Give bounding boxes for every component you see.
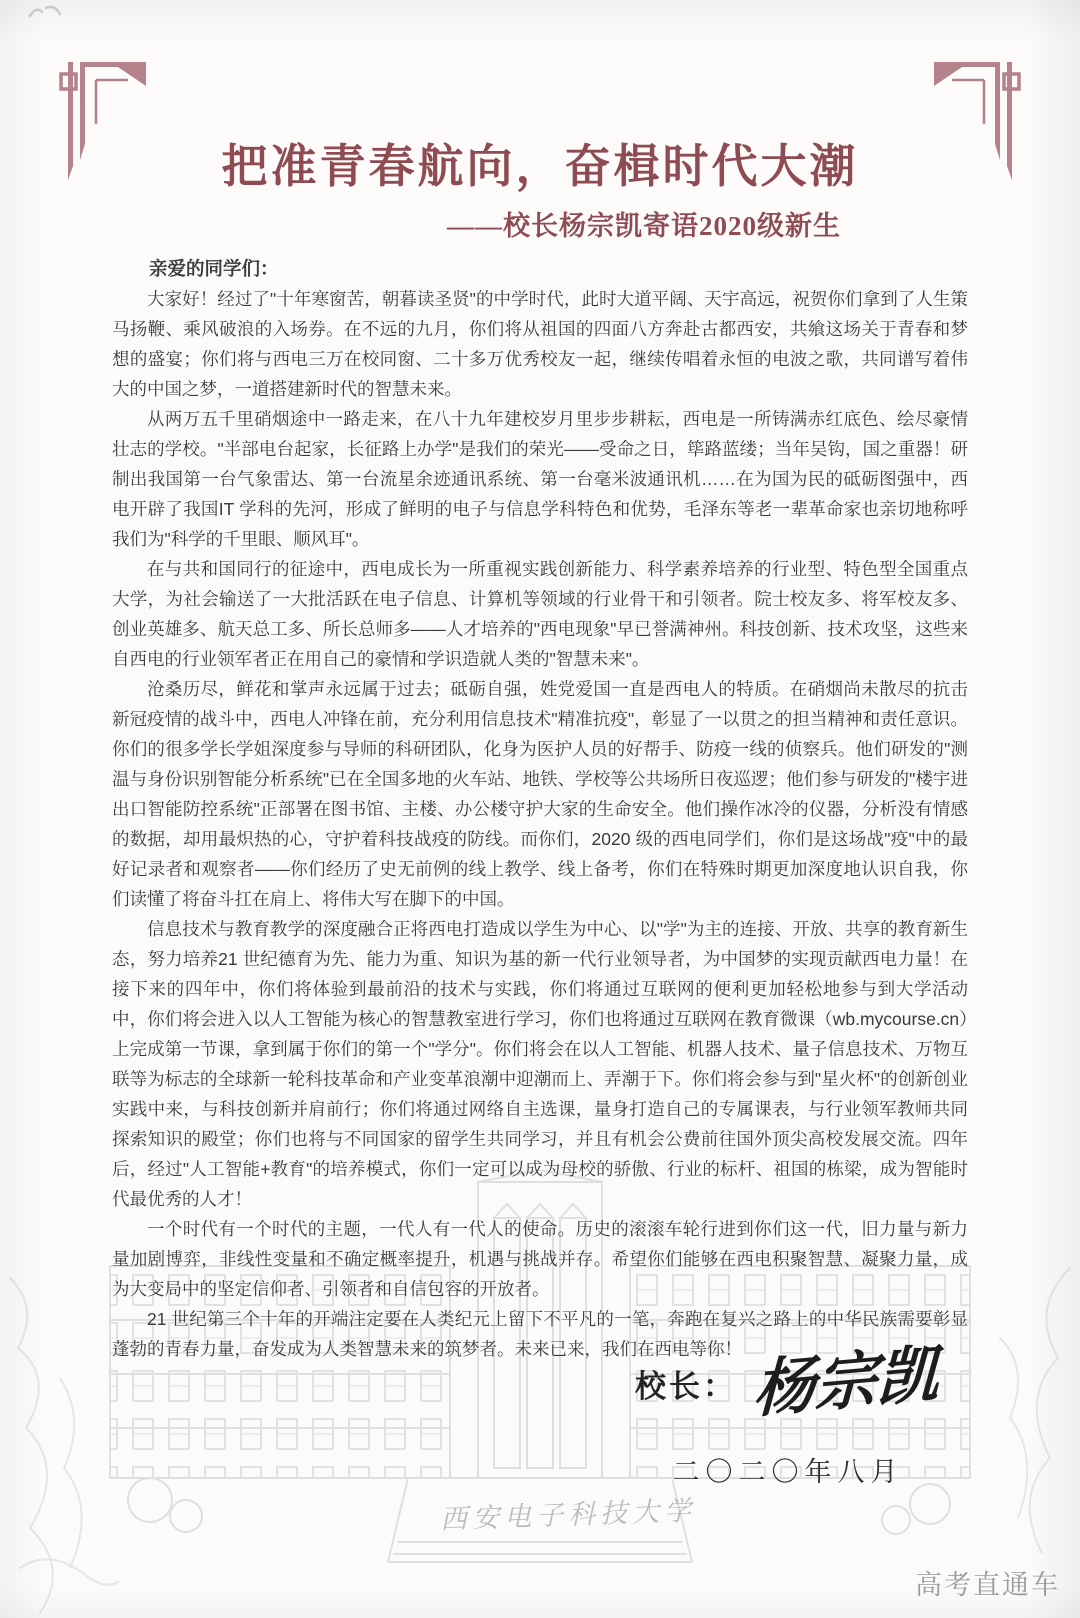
letter-date: 二〇二〇年八月 <box>608 1450 968 1489</box>
paragraph-4: 沧桑历尽，鲜花和掌声永远属于过去；砥砺自强，姓党爱国一直是西电人的特质。在硝烟尚… <box>112 674 968 914</box>
paragraph-1: 大家好！经过了"十年寒窗苦，朝暮读圣贤"的中学时代，此时大道平阔、天宇高远，祝贺… <box>112 284 968 404</box>
paragraph-2: 从两万五千里硝烟途中一路走来，在八十九年建校岁月里步步耕耘，西电是一所铸满赤红底… <box>112 404 968 554</box>
side-sketch-left <box>0 1238 120 1618</box>
letter-page: 西安电子科技大学 把准青春航向，奋楫时代大潮 ——校长杨宗凯寄语2020级新生 … <box>0 0 1080 1618</box>
signoff: 校长： 杨宗凯 <box>635 1352 939 1414</box>
paragraph-5: 信息技术与教育教学的深度融合正将西电打造成以学生为中心、以"学"为主的连接、开放… <box>112 914 968 1214</box>
page-subtitle: ——校长杨宗凯寄语2020级新生 <box>0 204 1080 243</box>
scan-smudge <box>24 2 64 24</box>
side-sketch-right <box>970 1258 1080 1558</box>
role-label: 校长： <box>635 1361 737 1406</box>
paragraph-6: 一个时代有一个时代的主题，一代人有一代人的使命。历史的滚滚车轮行进到你们这一代，… <box>112 1214 968 1304</box>
letter-body: 亲爱的同学们： 大家好！经过了"十年寒窗苦，朝暮读圣贤"的中学时代，此时大道平阔… <box>112 254 968 1364</box>
page-title: 把准青春航向，奋楫时代大潮 <box>0 130 1080 196</box>
brand-watermark: 高考直通车 <box>915 1563 1060 1602</box>
paragraph-3: 在与共和国同行的征途中，西电成长为一所重视实践创新能力、科学素养培养的行业型、特… <box>112 554 968 674</box>
president-signature: 杨宗凯 <box>752 1344 939 1423</box>
salutation: 亲爱的同学们： <box>112 254 968 284</box>
